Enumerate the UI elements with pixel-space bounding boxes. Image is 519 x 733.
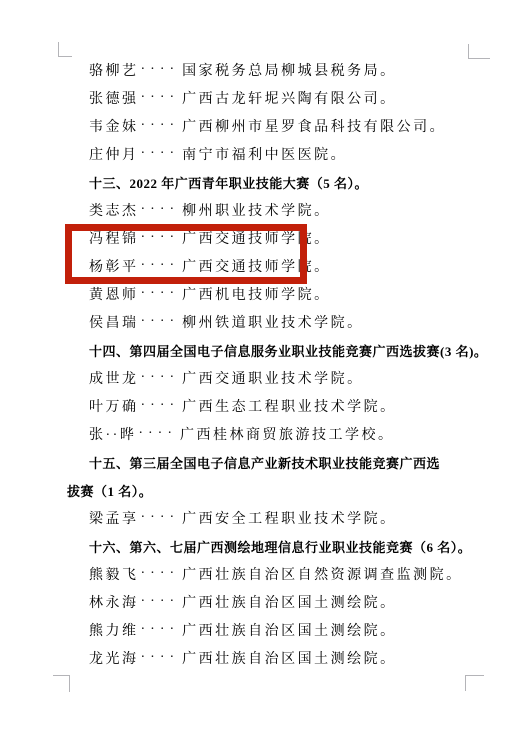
- dot-leader: ····: [138, 426, 177, 442]
- recipient-name: 张··晔: [89, 424, 136, 444]
- recipient-organization: 广西桂林商贸旅游技工学校: [180, 424, 378, 444]
- dot-leader: ····: [141, 118, 180, 134]
- dot-leader: ····: [141, 314, 180, 330]
- recipient-organization: 广西机电技师学院: [182, 284, 314, 304]
- line-terminator: 。: [380, 396, 397, 416]
- heading-text: 十四、第四届全国电子信息服务业职业技能竞赛广西选拔赛(3 名)。: [89, 341, 487, 360]
- line-terminator: 。: [380, 620, 397, 640]
- heading-text: 十六、第六、七届广西测绘地理信息行业职业技能竞赛（6 名）。: [89, 537, 471, 556]
- heading-text: 十五、第三届全国电子信息产业新技术职业技能竞赛广西选: [89, 453, 440, 472]
- recipient-line: 杨彰平····广西交通技师学院。: [67, 252, 473, 280]
- document-page: 骆柳艺····国家税务总局柳城县税务局。张德强····广西古龙轩坭兴陶有限公司。…: [0, 0, 519, 733]
- line-terminator: 。: [314, 200, 331, 220]
- line-terminator: 。: [430, 116, 447, 136]
- line-terminator: 。: [380, 60, 397, 80]
- recipient-name: 侯昌瑞: [89, 312, 139, 332]
- crop-mark-bottom-right: [465, 675, 484, 691]
- dot-leader: ····: [141, 370, 180, 386]
- recipient-name: 冯程锦: [89, 228, 139, 248]
- recipient-name: 熊力维: [89, 620, 139, 640]
- recipient-name: 骆柳艺: [89, 60, 139, 80]
- recipient-organization: 广西古龙轩坭兴陶有限公司: [182, 88, 380, 108]
- recipient-name: 黄恩师: [89, 284, 139, 304]
- line-terminator: 。: [314, 256, 331, 276]
- recipient-line: 熊毅飞····广西壮族自治区自然资源调查监测院。: [67, 560, 473, 588]
- recipient-name: 韦金妹: [89, 116, 139, 136]
- recipient-line: 林永海····广西壮族自治区国土测绘院。: [67, 588, 473, 616]
- dot-leader: ····: [141, 62, 180, 78]
- recipient-organization: 柳州职业技术学院: [182, 200, 314, 220]
- recipient-line: 黄恩师····广西机电技师学院。: [67, 280, 473, 308]
- recipient-name: 林永海: [89, 592, 139, 612]
- line-terminator: 。: [380, 648, 397, 668]
- dot-leader: ····: [141, 90, 180, 106]
- dot-leader: ····: [141, 230, 180, 246]
- recipient-organization: 广西壮族自治区国土测绘院: [182, 592, 380, 612]
- line-terminator: 。: [380, 88, 397, 108]
- recipient-line: 熊力维····广西壮族自治区国土测绘院。: [67, 616, 473, 644]
- recipient-line: 龙光海····广西壮族自治区国土测绘院。: [67, 644, 473, 672]
- recipient-line: 类志杰····柳州职业技术学院。: [67, 196, 473, 224]
- recipient-line: 叶万确····广西生态工程职业技术学院。: [67, 392, 473, 420]
- dot-leader: ····: [141, 146, 180, 162]
- dot-leader: ····: [141, 202, 180, 218]
- line-terminator: 。: [446, 564, 463, 584]
- dot-leader: ····: [141, 594, 180, 610]
- document-body: 骆柳艺····国家税务总局柳城县税务局。张德强····广西古龙轩坭兴陶有限公司。…: [67, 56, 473, 672]
- recipient-organization: 广西交通职业技术学院: [182, 368, 347, 388]
- recipient-organization: 国家税务总局柳城县税务局: [182, 60, 380, 80]
- heading-text: 拔赛（1 名）。: [67, 481, 152, 500]
- recipient-name: 熊毅飞: [89, 564, 139, 584]
- section-heading: 十六、第六、七届广西测绘地理信息行业职业技能竞赛（6 名）。: [67, 532, 473, 560]
- recipient-line: 成世龙····广西交通职业技术学院。: [67, 364, 473, 392]
- crop-mark-bottom-left: [53, 675, 70, 692]
- dot-leader: ····: [141, 258, 180, 274]
- recipient-name: 张德强: [89, 88, 139, 108]
- dot-leader: ····: [141, 286, 180, 302]
- recipient-organization: 南宁市福利中医医院: [182, 144, 331, 164]
- line-terminator: 。: [331, 144, 348, 164]
- recipient-organization: 广西交通技师学院: [182, 228, 314, 248]
- section-heading: 十四、第四届全国电子信息服务业职业技能竞赛广西选拔赛(3 名)。: [67, 336, 473, 364]
- recipient-name: 龙光海: [89, 648, 139, 668]
- line-terminator: 。: [347, 368, 364, 388]
- dot-leader: ····: [141, 398, 180, 414]
- heading-text: 十三、2022 年广西青年职业技能大赛（5 名）。: [89, 173, 368, 192]
- dot-leader: ····: [141, 510, 180, 526]
- recipient-line: 庄仲月····南宁市福利中医医院。: [67, 140, 473, 168]
- dot-leader: ····: [141, 650, 180, 666]
- recipient-organization: 广西柳州市星罗食品科技有限公司: [182, 116, 430, 136]
- recipient-name: 类志杰: [89, 200, 139, 220]
- recipient-name: 杨彰平: [89, 256, 139, 276]
- recipient-name: 成世龙: [89, 368, 139, 388]
- section-heading: 十五、第三届全国电子信息产业新技术职业技能竞赛广西选: [67, 448, 473, 476]
- recipient-name: 庄仲月: [89, 144, 139, 164]
- line-terminator: 。: [347, 312, 364, 332]
- section-heading: 十三、2022 年广西青年职业技能大赛（5 名）。: [67, 168, 473, 196]
- line-terminator: 。: [314, 228, 331, 248]
- recipient-organization: 广西壮族自治区国土测绘院: [182, 648, 380, 668]
- recipient-line: 梁孟享····广西安全工程职业技术学院。: [67, 504, 473, 532]
- section-heading: 拔赛（1 名）。: [67, 476, 473, 504]
- recipient-line: 张德强····广西古龙轩坭兴陶有限公司。: [67, 84, 473, 112]
- recipient-line: 骆柳艺····国家税务总局柳城县税务局。: [67, 56, 473, 84]
- recipient-line: 韦金妹····广西柳州市星罗食品科技有限公司。: [67, 112, 473, 140]
- dot-leader: ····: [141, 566, 180, 582]
- recipient-name: 叶万确: [89, 396, 139, 416]
- line-terminator: 。: [380, 592, 397, 612]
- recipient-organization: 广西安全工程职业技术学院: [182, 508, 380, 528]
- highlight-annotation-group: 冯程锦····广西交通技师学院。杨彰平····广西交通技师学院。: [67, 224, 473, 280]
- recipient-line: 冯程锦····广西交通技师学院。: [67, 224, 473, 252]
- recipient-name: 梁孟享: [89, 508, 139, 528]
- line-terminator: 。: [314, 284, 331, 304]
- line-terminator: 。: [380, 508, 397, 528]
- recipient-organization: 柳州铁道职业技术学院: [182, 312, 347, 332]
- recipient-line: 侯昌瑞····柳州铁道职业技术学院。: [67, 308, 473, 336]
- line-terminator: 。: [378, 424, 395, 444]
- crop-mark-top-left: [58, 42, 72, 57]
- recipient-organization: 广西交通技师学院: [182, 256, 314, 276]
- dot-leader: ····: [141, 622, 180, 638]
- recipient-line: 张··晔····广西桂林商贸旅游技工学校。: [67, 420, 473, 448]
- recipient-organization: 广西生态工程职业技术学院: [182, 396, 380, 416]
- recipient-organization: 广西壮族自治区国土测绘院: [182, 620, 380, 640]
- recipient-organization: 广西壮族自治区自然资源调查监测院: [182, 564, 446, 584]
